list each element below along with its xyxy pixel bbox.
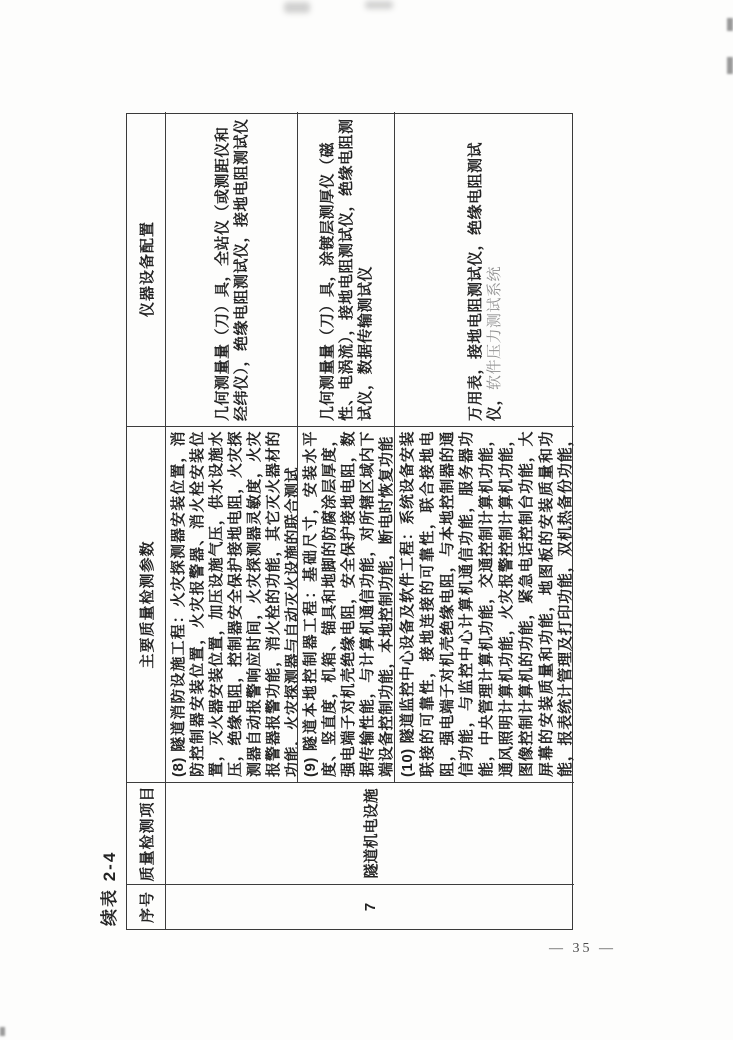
- header-cell-instruments: 仪器设备配置: [127, 112, 166, 426]
- scan-edge-mark: [727, 57, 733, 74]
- table-original-orientation: 续表 2-4 序号 质量检测项目 主要质量检测参数 仪器设备配置 7 隧道机电设…: [88, 113, 573, 930]
- param-text-10: (10) 隧道监控中心设备及软件工程：系统设备安装联接的可靠性，接地连接的可靠性…: [399, 431, 574, 777]
- instrument-text-9: 几何测量量（刀）具，涂镀层测厚仪（磁性、电涡流），接地电阻测试仪，绝缘电阻测试仪…: [318, 116, 375, 421]
- param-cell-10: (10) 隧道监控中心设备及软件工程：系统设备安装联接的可靠性，接地连接的可靠性…: [395, 426, 574, 782]
- scan-smudge: [365, 1, 393, 9]
- instrument-faint-annotation-10: 软件压力测试系统: [486, 266, 503, 390]
- header-cell-parameters: 主要质量检测参数: [127, 426, 166, 782]
- header-cell-serial: 序号: [127, 884, 166, 929]
- serial-cell: 7: [166, 884, 574, 929]
- scan-smudge: [284, 2, 310, 13]
- param-cell-9: (9) 隧道本地控制器工程：基础尺寸，安装水平度、竖直度，机箱、锚具和地脚的防腐…: [298, 426, 395, 782]
- quality-inspection-table: 序号 质量检测项目 主要质量检测参数 仪器设备配置 7 隧道机电设施 (8) 隧…: [126, 113, 573, 930]
- header-cell-item: 质量检测项目: [127, 782, 166, 884]
- instrument-cell-8: 几何测量量（刀）具，全站仪（或测距仪和经纬仪），绝缘电阻测试仪，接地电阻测试仪: [166, 112, 298, 426]
- rotated-table-area: 续表 2-4 序号 质量检测项目 主要质量检测参数 仪器设备配置 7 隧道机电设…: [88, 113, 573, 930]
- scan-edge-mark: [0, 1027, 5, 1036]
- table-continuation-title: 续表 2-4: [95, 851, 120, 926]
- param-cell-8: (8) 隧道消防设施工程：火灾探测器安装位置，消防控制器安装位置，火灾报警器、消…: [166, 426, 298, 782]
- instrument-cell-9: 几何测量量（刀）具，涂镀层测厚仪（磁性、电涡流），接地电阻测试仪，绝缘电阻测试仪…: [298, 112, 395, 426]
- param-text-9: (9) 隧道本地控制器工程：基础尺寸，安装水平度、竖直度，机箱、锚具和地脚的防腐…: [302, 431, 395, 777]
- scan-edge-mark: [727, 18, 733, 31]
- item-cell: 隧道机电设施: [166, 782, 574, 884]
- scanned-page: 续表 2-4 序号 质量检测项目 主要质量检测参数 仪器设备配置 7 隧道机电设…: [0, 0, 733, 1040]
- instrument-cell-10: 万用表，接地电阻测试仪，绝缘电阻测试仪，软件压力测试系统: [395, 112, 574, 426]
- param-text-8: (8) 隧道消防设施工程：火灾探测器安装位置，消防控制器安装位置，火灾报警器、消…: [170, 431, 298, 777]
- page-number: — 35 —: [549, 941, 616, 957]
- instrument-text-10-wrap: 万用表，接地电阻测试仪，绝缘电阻测试仪，软件压力测试系统: [466, 116, 504, 421]
- instrument-text-8: 几何测量量（刀）具，全站仪（或测距仪和经纬仪），绝缘电阻测试仪，接地电阻测试仪: [213, 116, 251, 421]
